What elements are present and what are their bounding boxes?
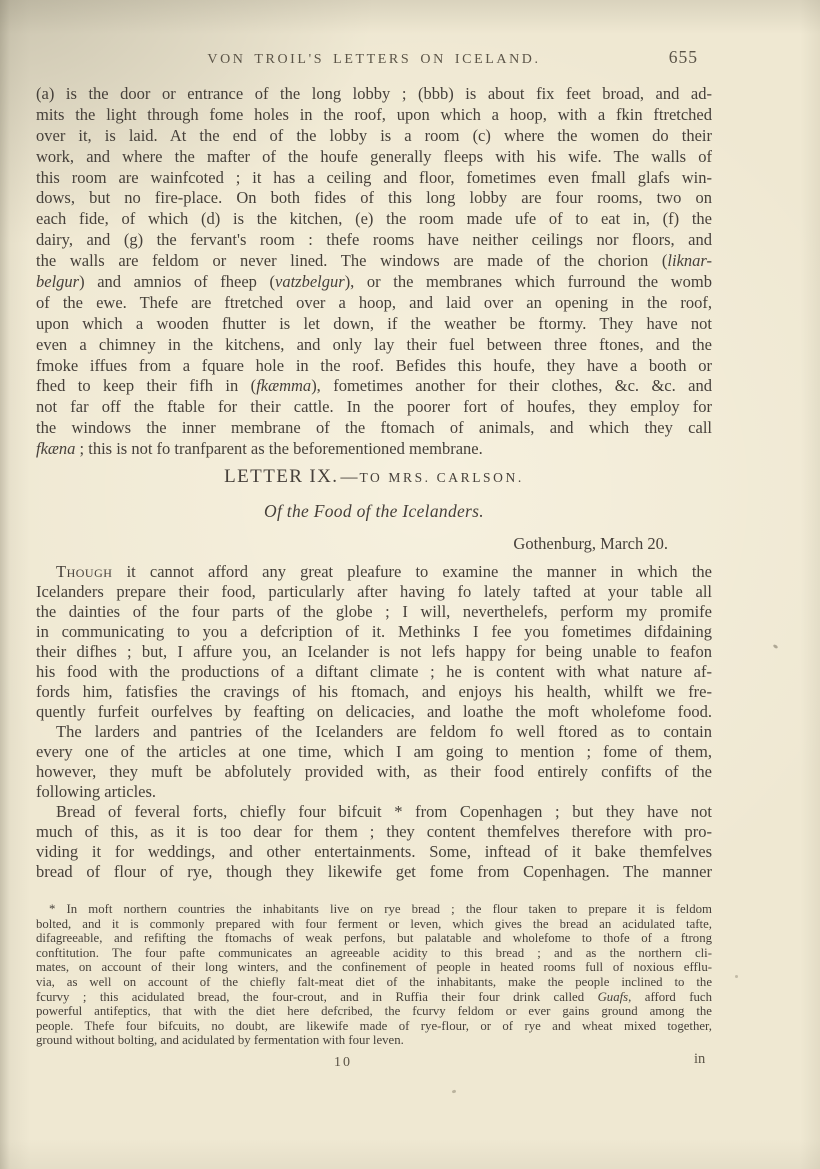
text-segment: every one of the articles at one time, w… <box>36 742 712 761</box>
text-line: powerful antifeptics, that with the diet… <box>36 1004 712 1019</box>
text-line: Bread of feveral forts, chiefly four bif… <box>36 802 712 822</box>
text-segment: Though <box>56 562 112 581</box>
text-line: this room are wainfcoted ; it has a ceil… <box>36 168 712 189</box>
text-line: the walls are feldom or never lined. The… <box>36 251 712 272</box>
text-segment: his food with the productions of a difta… <box>36 662 712 681</box>
letter-addressee: TO MRS. CARLSON. <box>359 470 523 485</box>
text-segment: ; this is not fo tranfparent as the befo… <box>75 439 482 458</box>
heading-dash: — <box>338 467 359 486</box>
paper-speck <box>773 644 779 649</box>
text-line: fkæna ; this is not fo tranfparent as th… <box>36 439 712 460</box>
text-segment: quently furfeit ourfelves by feafting on… <box>36 702 712 721</box>
text-segment: of the ewe. Thefe are ftretched over a h… <box>36 293 712 312</box>
text-line: every one of the articles at one time, w… <box>36 742 712 762</box>
text-line: fhed to keep their fifh in (fkæmma), fom… <box>36 376 712 397</box>
text-segment: each fide, of which (d) is the kitchen, … <box>36 209 712 228</box>
text-line: in communicating to you a defcription of… <box>36 622 712 642</box>
paragraph: Bread of feveral forts, chiefly four bif… <box>36 802 712 882</box>
running-header: VON TROIL'S LETTERS ON ICELAND. 655 <box>36 50 712 68</box>
signature-mark: 10 <box>334 1055 352 1071</box>
text-segment: much of this, as it is too dear for them… <box>36 822 712 841</box>
text-line: each fide, of which (d) is the kitchen, … <box>36 209 712 230</box>
text-line: quently furfeit ourfelves by feafting on… <box>36 702 712 722</box>
page-one-continuation: (a) is the door or entrance of the long … <box>36 84 712 460</box>
text-line: work, and where the mafter of the houfe … <box>36 147 712 168</box>
text-line: bread of flour of rye, though they likew… <box>36 862 712 882</box>
paper-speck <box>735 975 738 978</box>
paragraph: Though it cannot afford any great pleafu… <box>36 562 712 722</box>
text-segment: the walls are feldom or never lined. The… <box>36 251 667 270</box>
text-segment: fords him, fatisfies the cravings of his… <box>36 682 712 701</box>
text-segment: dows, but no fire-place. On both fides o… <box>36 188 712 207</box>
text-segment: dairy, and (g) the fervant's room : thef… <box>36 230 712 249</box>
text-line: his food with the productions of a difta… <box>36 662 712 682</box>
text-segment: Bread of feveral forts, chiefly four bif… <box>56 802 712 821</box>
text-segment: mates, on account of their long winters,… <box>36 960 712 974</box>
text-segment: the dainties of the four parts of the gl… <box>36 602 712 621</box>
text-segment: difagreeable, and refifting the ftomachs… <box>36 931 712 945</box>
text-line: difagreeable, and refifting the ftomachs… <box>36 931 712 946</box>
text-segment: (a) is the door or entrance of the long … <box>36 84 712 103</box>
text-segment: their difhes ; but, I affure you, an Ice… <box>36 642 712 661</box>
text-line: over it, is laid. At the end of the lobb… <box>36 126 712 147</box>
text-line: * In moft northern countries the inhabit… <box>36 902 712 917</box>
text-line: ground without bolting, and acidulated b… <box>36 1033 712 1048</box>
text-segment: ), or the membranes which furround the w… <box>345 272 712 291</box>
text-segment: fmoke iffues from a fquare hole in the r… <box>36 356 712 375</box>
paper-speck <box>452 1089 457 1093</box>
letter-heading: LETTER IX.—TO MRS. CARLSON. <box>36 466 712 488</box>
text-line: following articles. <box>36 782 712 802</box>
text-line: the windows the inner membrane of the ft… <box>36 418 712 439</box>
text-segment: following articles. <box>36 782 156 801</box>
text-line: dows, but no fire-place. On both fides o… <box>36 188 712 209</box>
text-segment: this room are wainfcoted ; it has a ceil… <box>36 168 712 187</box>
text-segment: , afford fuch <box>628 990 712 1004</box>
dateline: Gothenburg, March 20. <box>36 534 712 554</box>
page-number: 655 <box>669 47 698 68</box>
text-line: (a) is the door or entrance of the long … <box>36 84 712 105</box>
paragraph: * In moft northern countries the inhabit… <box>36 902 712 1048</box>
italic-term: fkæmma <box>256 376 311 395</box>
text-segment: over it, is laid. At the end of the lobb… <box>36 126 712 145</box>
text-line: even a chimney in the kitchens, and only… <box>36 335 712 356</box>
text-line: bolted, and it is commonly prepared with… <box>36 917 712 932</box>
footnote-text: * In moft northern countries the inhabit… <box>36 902 712 1048</box>
text-line: viding it for weddings, and other entert… <box>36 842 712 862</box>
text-segment: not far off the ftable for their cattle.… <box>36 397 712 416</box>
text-line: not far off the ftable for their cattle.… <box>36 397 712 418</box>
text-line: upon which a wooden fhutter is let down,… <box>36 314 712 335</box>
text-segment: work, and where the mafter of the houfe … <box>36 147 712 166</box>
text-segment: The larders and pantries of the Icelande… <box>56 722 712 741</box>
text-line: mates, on account of their long winters,… <box>36 960 712 975</box>
letter-number: LETTER IX. <box>224 466 338 487</box>
text-segment: Icelanders prepare their food, particula… <box>36 582 712 601</box>
text-line: fmoke iffues from a fquare hole in the r… <box>36 356 712 377</box>
text-segment: even a chimney in the kitchens, and only… <box>36 335 712 354</box>
text-segment: however, they muft be abfolutely provide… <box>36 762 712 781</box>
text-line: their difhes ; but, I affure you, an Ice… <box>36 642 712 662</box>
text-segment: fcurvy ; this acidulated bread, the four… <box>36 990 598 1004</box>
italic-term: vatzbelgur <box>275 272 345 291</box>
text-segment: in communicating to you a defcription of… <box>36 622 712 641</box>
book-page: VON TROIL'S LETTERS ON ICELAND. 655 (a) … <box>0 0 820 1169</box>
text-line: Icelanders prepare their food, particula… <box>36 582 712 602</box>
text-segment: * In moft northern countries the inhabit… <box>49 902 712 916</box>
text-segment: bolted, and it is commonly prepared with… <box>36 917 712 931</box>
text-segment: ) and amnios of fheep ( <box>79 272 275 291</box>
text-segment: it cannot afford any great pleafure to e… <box>112 562 712 581</box>
text-line: dairy, and (g) the fervant's room : thef… <box>36 230 712 251</box>
text-line: mits the light through fome holes in the… <box>36 105 712 126</box>
text-segment: bread of flour of rye, though they likew… <box>36 862 712 881</box>
text-line: people. Thefe four bifcuits, no doubt, a… <box>36 1019 712 1034</box>
text-segment: viding it for weddings, and other entert… <box>36 842 712 861</box>
italic-term: belgur <box>36 272 79 291</box>
text-segment: mits the light through fome holes in the… <box>36 105 712 124</box>
text-line: fords him, fatisfies the cravings of his… <box>36 682 712 702</box>
text-line: The larders and pantries of the Icelande… <box>36 722 712 742</box>
paragraph: (a) is the door or entrance of the long … <box>36 84 712 460</box>
text-segment: people. Thefe four bifcuits, no doubt, a… <box>36 1019 712 1033</box>
italic-term: fkæna <box>36 439 75 458</box>
text-line: the dainties of the four parts of the gl… <box>36 602 712 622</box>
text-segment: powerful antifeptics, that with the diet… <box>36 1004 712 1018</box>
text-line: fcurvy ; this acidulated bread, the four… <box>36 990 712 1005</box>
running-title: VON TROIL'S LETTERS ON ICELAND. <box>207 52 540 67</box>
text-line: much of this, as it is too dear for them… <box>36 822 712 842</box>
text-line: conftitution. The four pafte communicate… <box>36 946 712 961</box>
paragraph: The larders and pantries of the Icelande… <box>36 722 712 802</box>
text-segment: fhed to keep their fifh in ( <box>36 376 256 395</box>
text-segment: the windows the inner membrane of the ft… <box>36 418 712 437</box>
text-line: of the ewe. Thefe are ftretched over a h… <box>36 293 712 314</box>
text-segment: ), fometimes another for their clothes, … <box>311 376 712 395</box>
text-line: however, they muft be abfolutely provide… <box>36 762 712 782</box>
text-segment: ground without bolting, and acidulated b… <box>36 1033 404 1047</box>
text-segment: via, as well on account of the chiefly f… <box>36 975 712 989</box>
italic-term: Guafs <box>598 990 629 1004</box>
text-line: belgur) and amnios of fheep (vatzbelgur)… <box>36 272 712 293</box>
letter-body: Though it cannot afford any great pleafu… <box>36 562 712 882</box>
text-line: via, as well on account of the chiefly f… <box>36 975 712 990</box>
letter-subtitle: Of the Food of the Icelanders. <box>36 501 712 522</box>
text-segment: upon which a wooden fhutter is let down,… <box>36 314 712 333</box>
italic-term: liknar- <box>667 251 712 270</box>
catchword: in <box>694 1051 705 1068</box>
text-segment: conftitution. The four pafte communicate… <box>36 946 712 960</box>
text-line: Though it cannot afford any great pleafu… <box>36 562 712 582</box>
